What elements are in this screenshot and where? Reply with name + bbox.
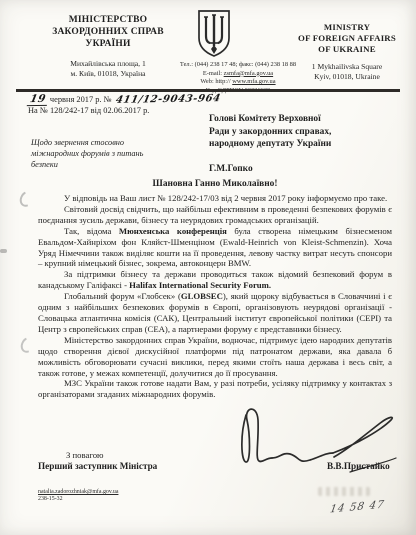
recipient-name: Г.М.Гопко <box>209 163 404 176</box>
scan-artifact <box>17 189 36 209</box>
recipient-block: Голові Комітету Верховної Ради у закордо… <box>209 113 404 175</box>
email-link: zsmfa@mfa.gov.ua <box>224 70 273 77</box>
recipient-line: Голові Комітету Верховної <box>209 113 404 126</box>
bold-term: Мюнхенська конференція <box>119 226 227 236</box>
body-paragraph: Так, відома Мюнхенська конференція була … <box>38 226 392 270</box>
email-line: E-mail: zsmfa@mfa.gov.ua <box>160 70 316 79</box>
bold-term: GLOBSEC <box>181 291 223 301</box>
body-paragraph: Глобальний форум «Глобсек» (GLOBSEC), як… <box>38 291 392 335</box>
paragraph-text: Так, відома <box>64 226 119 236</box>
paragraph-text: Міністерство закордонних справ України, … <box>38 335 392 378</box>
phone-fax-line: Тел.: (044) 238 17 48; факс: (044) 238 1… <box>160 61 316 70</box>
date-text: червня 2017 р. № <box>50 95 112 104</box>
scan-artifact <box>18 335 37 355</box>
closing-regards: З повагою <box>66 450 104 460</box>
en-title-line: OF FOREIGN AFFAIRS <box>286 33 408 44</box>
subject-line: безпеки <box>31 159 191 170</box>
faint-stamp-mark <box>318 487 370 496</box>
en-title-line: OF UKRAINE <box>286 44 408 55</box>
email-label: E-mail: <box>203 70 222 77</box>
subject-block: Щодо звернення стосовно міжнародних фору… <box>31 137 191 170</box>
ministry-title-ua: МІНІСТЕРСТВО ЗАКОРДОННИХ СПРАВ УКРАЇНИ <box>28 14 188 50</box>
subject-line: міжнародних форумів з питань <box>31 148 191 159</box>
paragraph-text: Глобальний форум «Глобсек» ( <box>64 291 181 301</box>
handwritten-outgoing-number: 411/12-9043-964 <box>114 93 221 106</box>
salutation: Шановна Ганно Миколаївно! <box>38 179 392 189</box>
body-paragraph: Світовий досвід свідчить, що найбільш еф… <box>38 204 392 226</box>
executor-footer: natalia.zadorozhniak@mfa.gov.ua 238-15-3… <box>38 489 118 503</box>
signer-name: В.В.Пристайко <box>327 461 390 471</box>
recipient-line: Ради у закордонних справах, <box>209 126 404 139</box>
ua-title-line: УКРАЇНИ <box>28 38 188 50</box>
ua-title-line: ЗАКОРДОННИХ СПРАВ <box>28 26 188 38</box>
outgoing-date-line: 19 червня 2017 р. № 411/12-9043-964 <box>28 93 220 106</box>
scan-artifact <box>0 249 7 253</box>
bold-term: Halifax International Security Forum. <box>129 280 271 290</box>
web-label: Web: http:// <box>200 78 230 85</box>
body-paragraph: МЗС України також готове надати Вам, у р… <box>38 378 392 400</box>
ua-title-line: МІНІСТЕРСТВО <box>28 14 188 26</box>
body-paragraph: За підтримки бізнесу та держави проводит… <box>38 269 392 291</box>
subject-line: Щодо звернення стосовно <box>31 137 191 148</box>
web-link: www.mfa.gov.ua <box>232 78 275 85</box>
signer-title: Перший заступник Міністра <box>38 461 157 471</box>
body-paragraph: У відповідь на Ваш лист № 128/242-17/03 … <box>38 193 392 204</box>
letter-body: У відповідь на Ваш лист № 128/242-17/03 … <box>38 193 392 400</box>
body-paragraph: Міністерство закордонних справ України, … <box>38 335 392 379</box>
paragraph-text: Світовий досвід свідчить, що найбільш еф… <box>38 204 392 225</box>
header-divider <box>16 89 400 92</box>
paragraph-text: МЗС України також готове надати Вам, у р… <box>38 378 392 399</box>
handwritten-day: 19 <box>27 93 49 106</box>
handwritten-signature-icon <box>232 401 404 487</box>
reply-reference-line: На № 128/242-17 від 02.06.2017 р. <box>28 106 149 115</box>
executor-phone: 238-15-32 <box>38 496 118 503</box>
en-title-line: MINISTRY <box>286 22 408 33</box>
handwritten-registration-note: 14 58 47 <box>329 499 385 516</box>
executor-email: natalia.zadorozhniak@mfa.gov.ua <box>38 489 118 496</box>
paragraph-text: У відповідь на Ваш лист № 128/242-17/03 … <box>64 193 387 203</box>
ukraine-trident-emblem-icon <box>192 9 236 59</box>
ministry-title-en: MINISTRY OF FOREIGN AFFAIRS OF UKRAINE <box>286 22 408 55</box>
scanned-letter: МІНІСТЕРСТВО ЗАКОРДОННИХ СПРАВ УКРАЇНИ М… <box>0 0 416 535</box>
web-line: Web: http:// www.mfa.gov.ua <box>160 78 316 87</box>
recipient-line: народному депутату України <box>209 138 404 151</box>
